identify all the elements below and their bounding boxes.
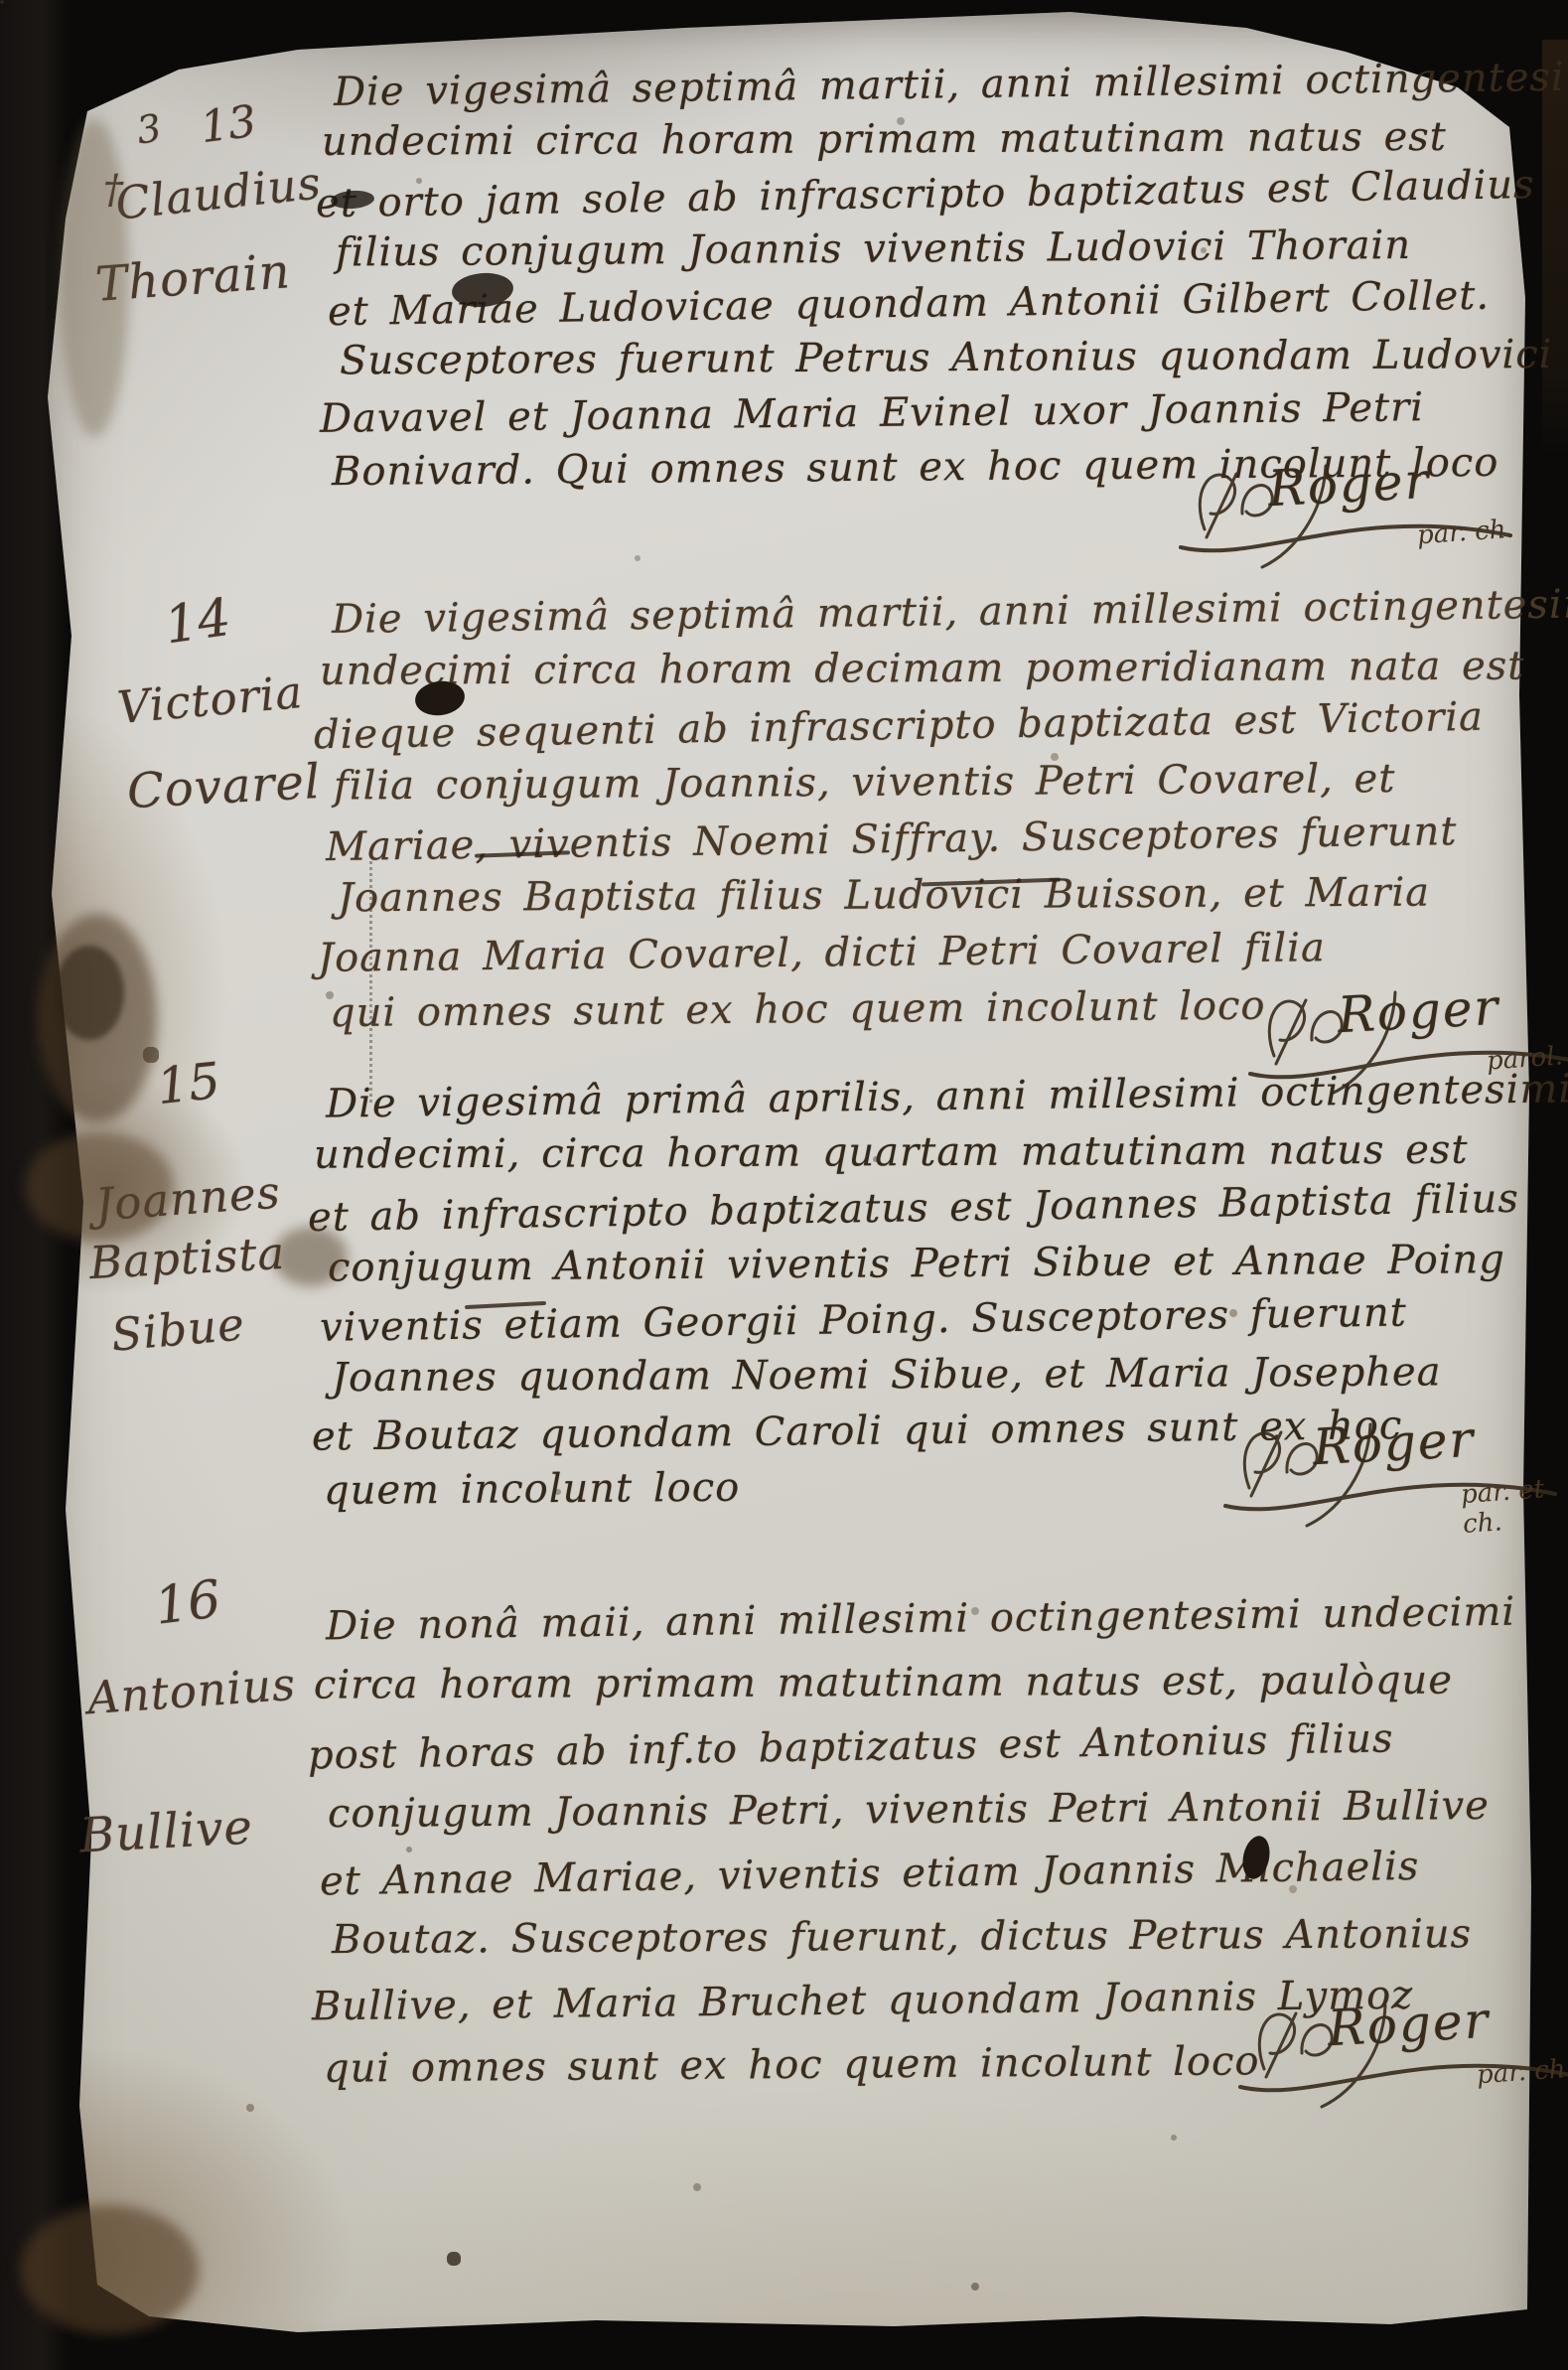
signature-name: Roger [1267, 452, 1432, 518]
entry-number: 15 [154, 1052, 222, 1115]
manuscript-line: Susceptores fuerunt Petrus Antonius quon… [340, 328, 1568, 389]
manuscript-line: Joannes quondam Noemi Sibue, et Maria Jo… [332, 1344, 1568, 1407]
baptism-entry-16: 16 Antonius Bullive Die nonâ maii, anni … [0, 1550, 1568, 2245]
margin-name-line: Bullive [78, 1799, 254, 1863]
entry-number: 16 [152, 1569, 224, 1637]
folio-mark: 3 [134, 105, 165, 152]
manuscript-line: Die nonâ maii, anni millesimi octingente… [326, 1580, 1516, 1659]
paper-stain [20, 2205, 199, 2334]
manuscript-line: Boutaz. Susceptores fuerunt, dictus Petr… [332, 1902, 1516, 1972]
baptism-entry-13: 3 13 † Claudius Thorain Die vigesimâ sep… [0, 0, 1568, 556]
margin-name-line: Sibue [109, 1297, 247, 1362]
baptism-entry-14: 14 Victoria Covarel Die vigesimâ septimâ… [0, 556, 1568, 1033]
signature-name: Roger [1312, 1410, 1477, 1476]
margin-name-line: Covarel [126, 754, 323, 819]
margin-name-line: Victoria [115, 666, 305, 734]
paper-stain [273, 1227, 348, 1286]
signature-note: par. ch. [1476, 2054, 1568, 2091]
paper-stain [60, 119, 129, 437]
signature-note: par. et ch. [1460, 1472, 1568, 1540]
priest-signature: Roger par. ch. [1236, 1992, 1568, 2121]
paper-stain [25, 1132, 174, 1242]
manuscript-line: Joannes Baptista filius Ludovici Buisson… [338, 864, 1568, 928]
manuscript-line: Die vigesimâ septimâ martii, anni milles… [332, 576, 1568, 649]
margin-name-line: Antonius [85, 1658, 297, 1725]
baptism-entry-15: 15 Joannes Baptista Sibue Die vigesimâ p… [0, 1033, 1568, 1550]
entry-number: 14 [161, 588, 234, 657]
register-page-scan: 3 13 † Claudius Thorain Die vigesimâ sep… [0, 0, 1568, 2370]
paper-stain [55, 946, 124, 1040]
priest-signature: Roger par. et ch. [1221, 1410, 1568, 1540]
manuscript-line: et Annae Mariae, viventis etiam Joannis … [320, 1834, 1516, 1914]
signature-name: Roger [1327, 1992, 1492, 2057]
manuscript-line: Die vigesimâ primâ aprilis, anni millesi… [326, 1061, 1568, 1131]
manuscript-line: circa horam primam matutinam natus est, … [314, 1648, 1515, 1716]
margin-name-line: Claudius [113, 156, 324, 229]
entry-number: 13 [198, 96, 259, 153]
